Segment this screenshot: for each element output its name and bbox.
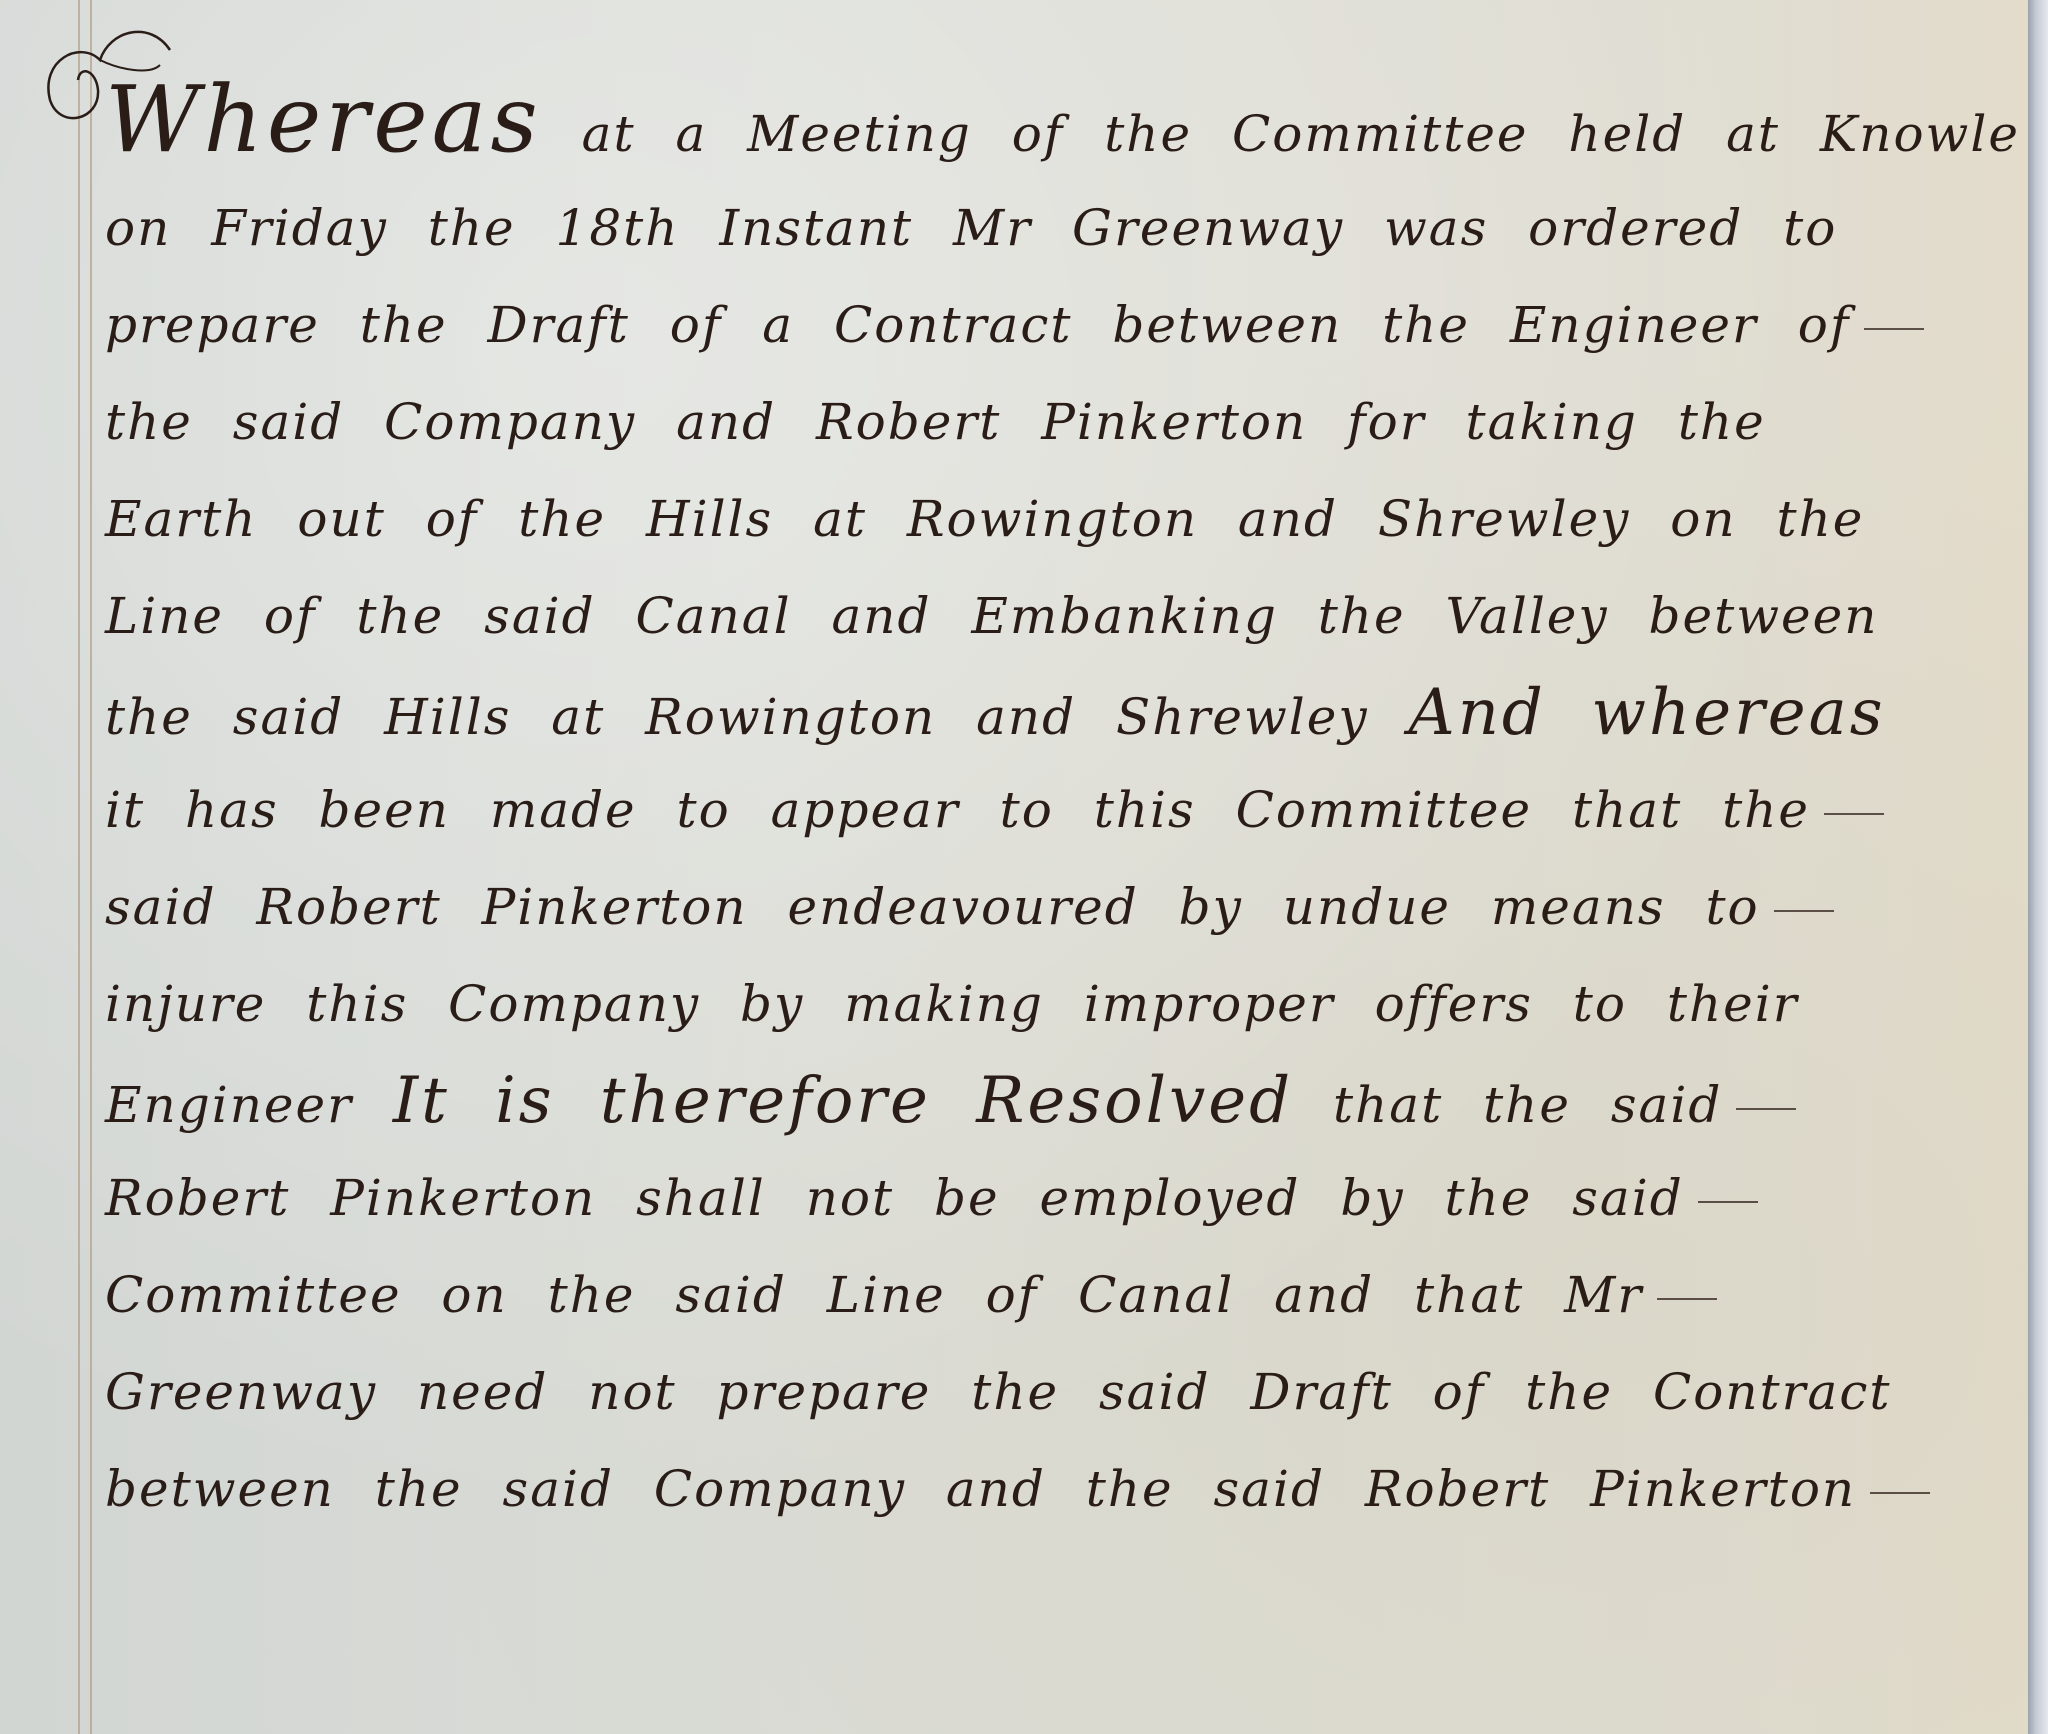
manuscript-line: said Robert Pinkerton endeavoured by und…	[105, 859, 2005, 956]
manuscript-line: prepare the Draft of a Contract between …	[105, 277, 2005, 374]
manuscript-line: it has been made to appear to this Commi…	[105, 762, 2005, 859]
manuscript-line: the said Company and Robert Pinkerton fo…	[105, 374, 2005, 471]
line-text: the said Hills at Rowington and Shrewley	[105, 688, 1408, 746]
line-filler-dash	[1864, 328, 1924, 330]
line-text: Line of the said Canal and Embanking the…	[105, 587, 1878, 645]
line-filler-dash	[1698, 1201, 1758, 1203]
line-filler-dash	[1736, 1108, 1796, 1110]
line-text: Engineer	[105, 1076, 393, 1134]
line-filler-dash	[1824, 813, 1884, 815]
line-text: Earth out of the Hills at Rowington and …	[105, 490, 1864, 548]
margin-rule-inner	[90, 0, 92, 1734]
manuscript-line: Line of the said Canal and Embanking the…	[105, 568, 2005, 665]
manuscript-line: Whereas at a Meeting of the Committee he…	[105, 60, 2005, 180]
manuscript-line: on Friday the 18th Instant Mr Greenway w…	[105, 180, 2005, 277]
page-edge-background	[2028, 0, 2048, 1734]
line-filler-dash	[1657, 1298, 1717, 1300]
manuscript-line: Engineer It is therefore Resolved that t…	[105, 1053, 2005, 1150]
line-text: it has been made to appear to this Commi…	[105, 781, 1810, 839]
line-text: that the said	[1293, 1076, 1722, 1134]
manuscript-line: between the said Company and the said Ro…	[105, 1441, 2005, 1538]
emphasized-text: Whereas	[105, 66, 542, 173]
line-text: between the said Company and the said Ro…	[105, 1460, 1856, 1518]
line-text: Committee on the said Line of Canal and …	[105, 1266, 1643, 1324]
line-text: at a Meeting of the Committee held at Kn…	[542, 105, 2020, 163]
line-text: the said Company and Robert Pinkerton fo…	[105, 393, 1766, 451]
manuscript-line: Robert Pinkerton shall not be employed b…	[105, 1150, 2005, 1247]
manuscript-line: Committee on the said Line of Canal and …	[105, 1247, 2005, 1344]
line-filler-dash	[1870, 1492, 1930, 1494]
manuscript-line: Greenway need not prepare the said Draft…	[105, 1344, 2005, 1441]
line-text: Robert Pinkerton shall not be employed b…	[105, 1169, 1684, 1227]
emphasized-text: And whereas	[1408, 676, 1885, 750]
emphasized-text: It is therefore Resolved	[393, 1064, 1293, 1138]
line-text: on Friday the 18th Instant Mr Greenway w…	[105, 199, 1837, 257]
manuscript-line: the said Hills at Rowington and Shrewley…	[105, 665, 2005, 762]
manuscript-line: injure this Company by making improper o…	[105, 956, 2005, 1053]
line-text: injure this Company by making improper o…	[105, 975, 1799, 1033]
manuscript-line: Earth out of the Hills at Rowington and …	[105, 471, 2005, 568]
manuscript-text: Whereas at a Meeting of the Committee he…	[105, 60, 2005, 1538]
line-text: prepare the Draft of a Contract between …	[105, 296, 1850, 354]
line-filler-dash	[1774, 910, 1834, 912]
margin-rule-outer	[78, 0, 80, 1734]
line-text: Greenway need not prepare the said Draft…	[105, 1363, 1891, 1421]
manuscript-page: Whereas at a Meeting of the Committee he…	[0, 0, 2030, 1734]
line-text: said Robert Pinkerton endeavoured by und…	[105, 878, 1760, 936]
